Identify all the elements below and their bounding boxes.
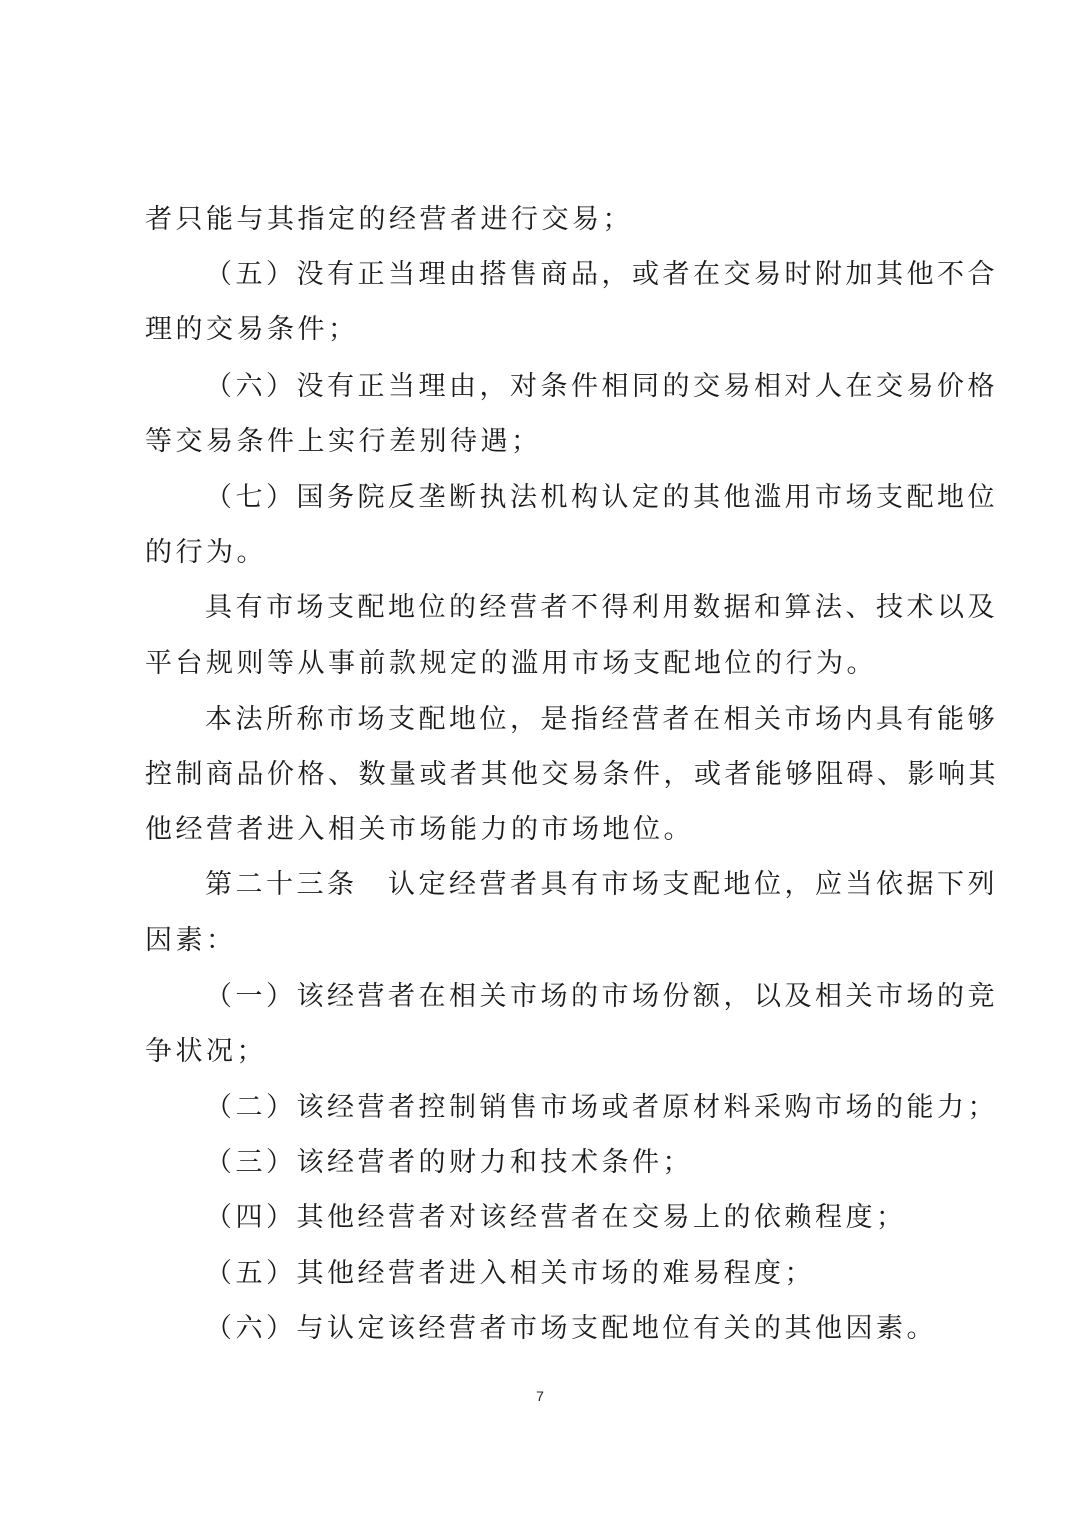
article-heading-line: 第二十三条 认定经营者具有市场支配地位，应当依据下列 [205, 865, 998, 905]
text-line: 因素： [145, 921, 237, 961]
text-line: （六）没有正当理由，对条件相同的交易相对人在交易价格 [205, 367, 998, 407]
text-line: （七）国务院反垄断执法机构认定的其他滥用市场支配地位 [205, 478, 998, 518]
text-line: 具有市场支配地位的经营者不得利用数据和算法、技术以及 [205, 588, 998, 628]
list-item-line: （一）该经营者在相关市场的市场份额，以及相关市场的竞 [205, 977, 998, 1017]
text-line: 的行为。 [145, 533, 267, 573]
text-line: 等交易条件上实行差别待遇； [145, 422, 542, 462]
list-item-line: （五）其他经营者进入相关市场的难易程度； [205, 1254, 815, 1294]
page-number: 7 [530, 1388, 550, 1404]
text-line: 控制商品价格、数量或者其他交易条件，或者能够阻碍、影响其 [145, 755, 999, 795]
text-line: 理的交易条件； [145, 310, 359, 350]
text-line: （五）没有正当理由搭售商品，或者在交易时附加其他不合 [205, 255, 998, 295]
list-item-line: （四）其他经营者对该经营者在交易上的依赖程度； [205, 1198, 907, 1238]
list-item-line: （二）该经营者控制销售市场或者原材料采购市场的能力； [205, 1088, 998, 1128]
document-page: 者只能与其指定的经营者进行交易； （五）没有正当理由搭售商品，或者在交易时附加其… [0, 0, 1074, 1520]
list-item-line: （三）该经营者的财力和技术条件； [205, 1143, 693, 1183]
list-item-line: （六）与认定该经营者市场支配地位有关的其他因素。 [205, 1309, 937, 1349]
text-line: 他经营者进入相关市场能力的市场地位。 [145, 810, 694, 850]
text-line: 者只能与其指定的经营者进行交易； [145, 200, 633, 240]
text-line: 本法所称市场支配地位，是指经营者在相关市场内具有能够 [205, 700, 998, 740]
text-line: 平台规则等从事前款规定的滥用市场支配地位的行为。 [145, 644, 877, 684]
text-line: 争状况； [145, 1032, 267, 1072]
